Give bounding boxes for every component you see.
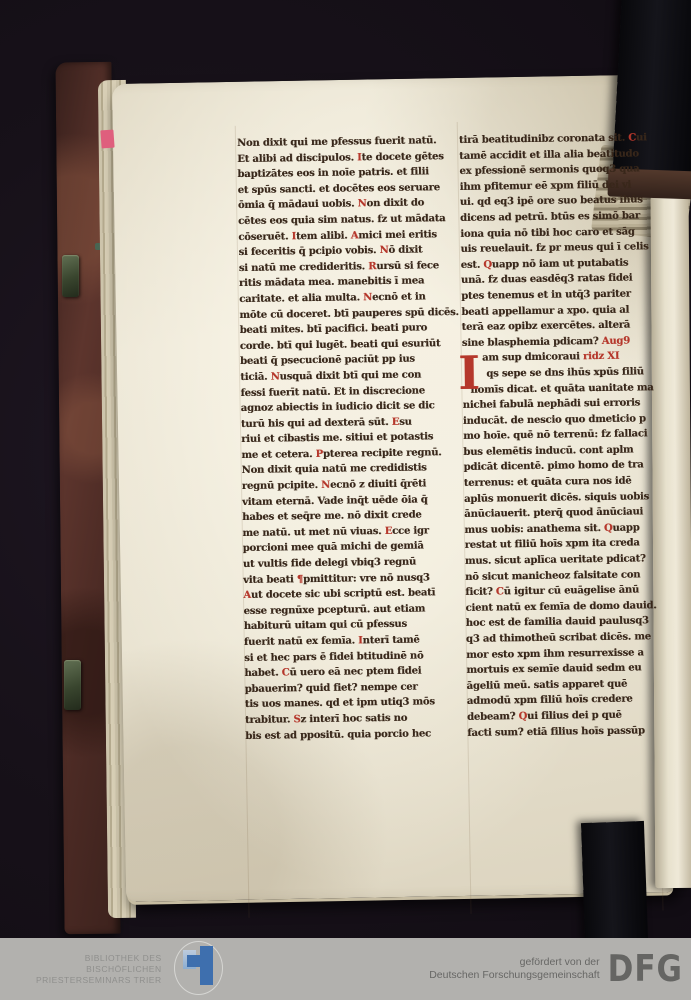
library-cross-icon: [171, 939, 227, 997]
logo-circle-outline: [174, 941, 223, 995]
dfg-funding-text: gefördert von der Deutschen Forschungsge…: [429, 956, 599, 983]
logo-cross-horizontal: [187, 955, 213, 967]
library-name-line2: BISCHÖFLICHEN: [36, 964, 162, 975]
manuscript-text-line: tis uos manes. qd et ipm utiq3 mōs: [245, 694, 463, 713]
manuscript-column-left: Non dixit qui me pfessus fuerit natū.Et …: [237, 133, 463, 744]
library-name: BIBLIOTHEK DES BISCHÖFLICHEN PRIESTERSEM…: [36, 953, 162, 986]
dfg-logo-block: gefördert von der Deutschen Forschungsge…: [429, 951, 683, 987]
manuscript-text-line: admodū xpm filiū hoīs credere: [467, 692, 659, 710]
library-logo-block: BIBLIOTHEK DES BISCHÖFLICHEN PRIESTERSEM…: [36, 941, 227, 997]
manuscript-text-block: Non dixit qui me pfessus fuerit natū.Et …: [0, 0, 691, 1000]
manuscript-text-line: agnoz abiectis in iudicio dicit se dic: [241, 398, 459, 417]
manuscript-text-line: Aut docete sic ubi scriptū est. beatī: [243, 585, 461, 604]
manuscript-text-line: cōseruēt. Item alibi. Amici mei eritis: [238, 227, 456, 246]
dfg-funding-line1: gefördert von der: [429, 956, 599, 970]
footer-bar: BIBLIOTHEK DES BISCHÖFLICHEN PRIESTERSEM…: [0, 938, 691, 1000]
manuscript-text-line: bis est ad ppositū. quia porcio hec: [245, 726, 463, 745]
illuminated-initial: I: [458, 349, 481, 397]
manuscript-text-line: sine blasphemia pdicam? Aug9: [462, 333, 654, 351]
manuscript-photo-scene: Non dixit qui me pfessus fuerit natū.Et …: [0, 0, 691, 1000]
dfg-funding-line2: Deutschen Forschungsgemeinschaft: [429, 969, 599, 983]
manuscript-column-right: tirā beatitudinibz coronata sit. Cuitamē…: [459, 130, 659, 741]
manuscript-text-line: facti sum? etiā filius hoīs passūp: [467, 723, 659, 741]
manuscript-text-line: mortuis ex semīe dauid sedm eu: [466, 660, 658, 678]
library-name-line1: BIBLIOTHEK DES: [36, 953, 162, 964]
dfg-logo: DFG: [608, 948, 683, 990]
library-name-line3: PRIESTERSEMINARS TRIER: [36, 975, 162, 986]
